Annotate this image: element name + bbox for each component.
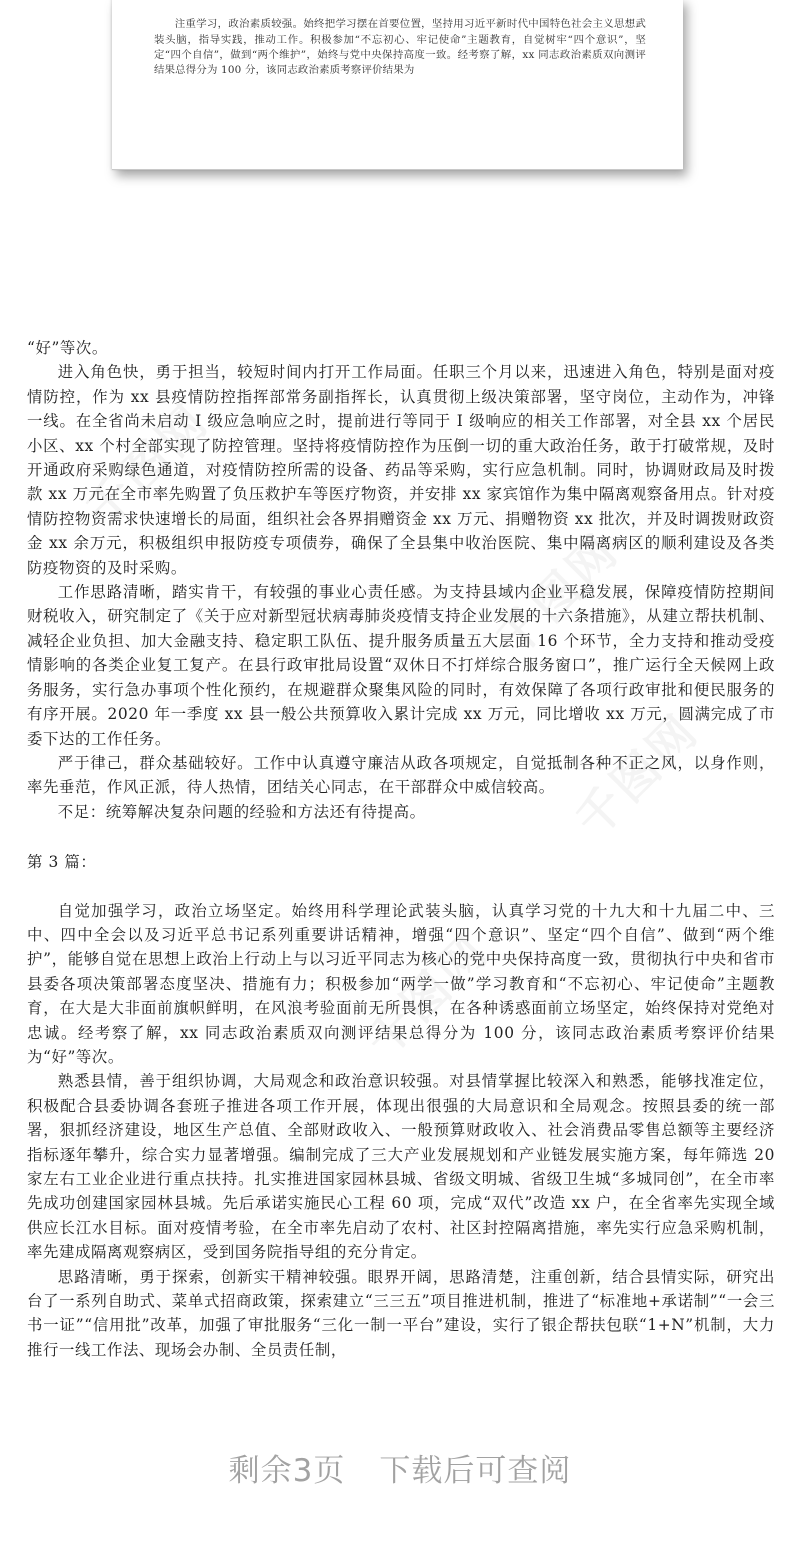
- remaining-pages-label: 剩余3页: [229, 1453, 346, 1489]
- download-prompt[interactable]: 剩余3页下载后可查阅: [0, 1445, 800, 1490]
- paragraph: 熟悉县情，善于组织协调，大局观念和政治意识较强。对县情掌握比较深入和熟悉，能够找…: [27, 1069, 775, 1264]
- document-body: “好”等次。 进入角色快，勇于担当，较短时间内打开工作局面。任职三个月以来，迅速…: [27, 336, 775, 1362]
- preview-page-card: 注重学习，政治素质较强。始终把学习摆在首要位置，坚持用习近平新时代中国特色社会主…: [112, 0, 683, 170]
- paragraph: 严于律己，群众基础较好。工作中认真遵守廉洁从政各项规定，自觉抵制各种不正之风，以…: [27, 751, 775, 800]
- paragraph: 工作思路清晰，踏实肯干，有较强的事业心责任感。为支持县域内企业平稳发展，保障疫情…: [27, 580, 775, 751]
- paragraph: 不足：统筹解决复杂问题的经验和方法还有待提高。: [27, 800, 775, 824]
- download-hint-label: 下载后可查阅: [379, 1453, 571, 1489]
- continuation-line: “好”等次。: [27, 336, 775, 360]
- preview-page-paragraph: 注重学习，政治素质较强。始终把学习摆在首要位置，坚持用习近平新时代中国特色社会主…: [154, 17, 646, 78]
- paragraph: 思路清晰，勇于探索，创新实干精神较强。眼界开阔，思路清楚，注重创新，结合县情实际…: [27, 1265, 775, 1363]
- paragraph: 进入角色快，勇于担当，较短时间内打开工作局面。任职三个月以来，迅速进入角色，特别…: [27, 360, 775, 580]
- section-heading: 第 3 篇：: [27, 850, 775, 874]
- paragraph: 自觉加强学习，政治立场坚定。始终用科学理论武装头脑，认真学习党的十九大和十九届二…: [27, 899, 775, 1070]
